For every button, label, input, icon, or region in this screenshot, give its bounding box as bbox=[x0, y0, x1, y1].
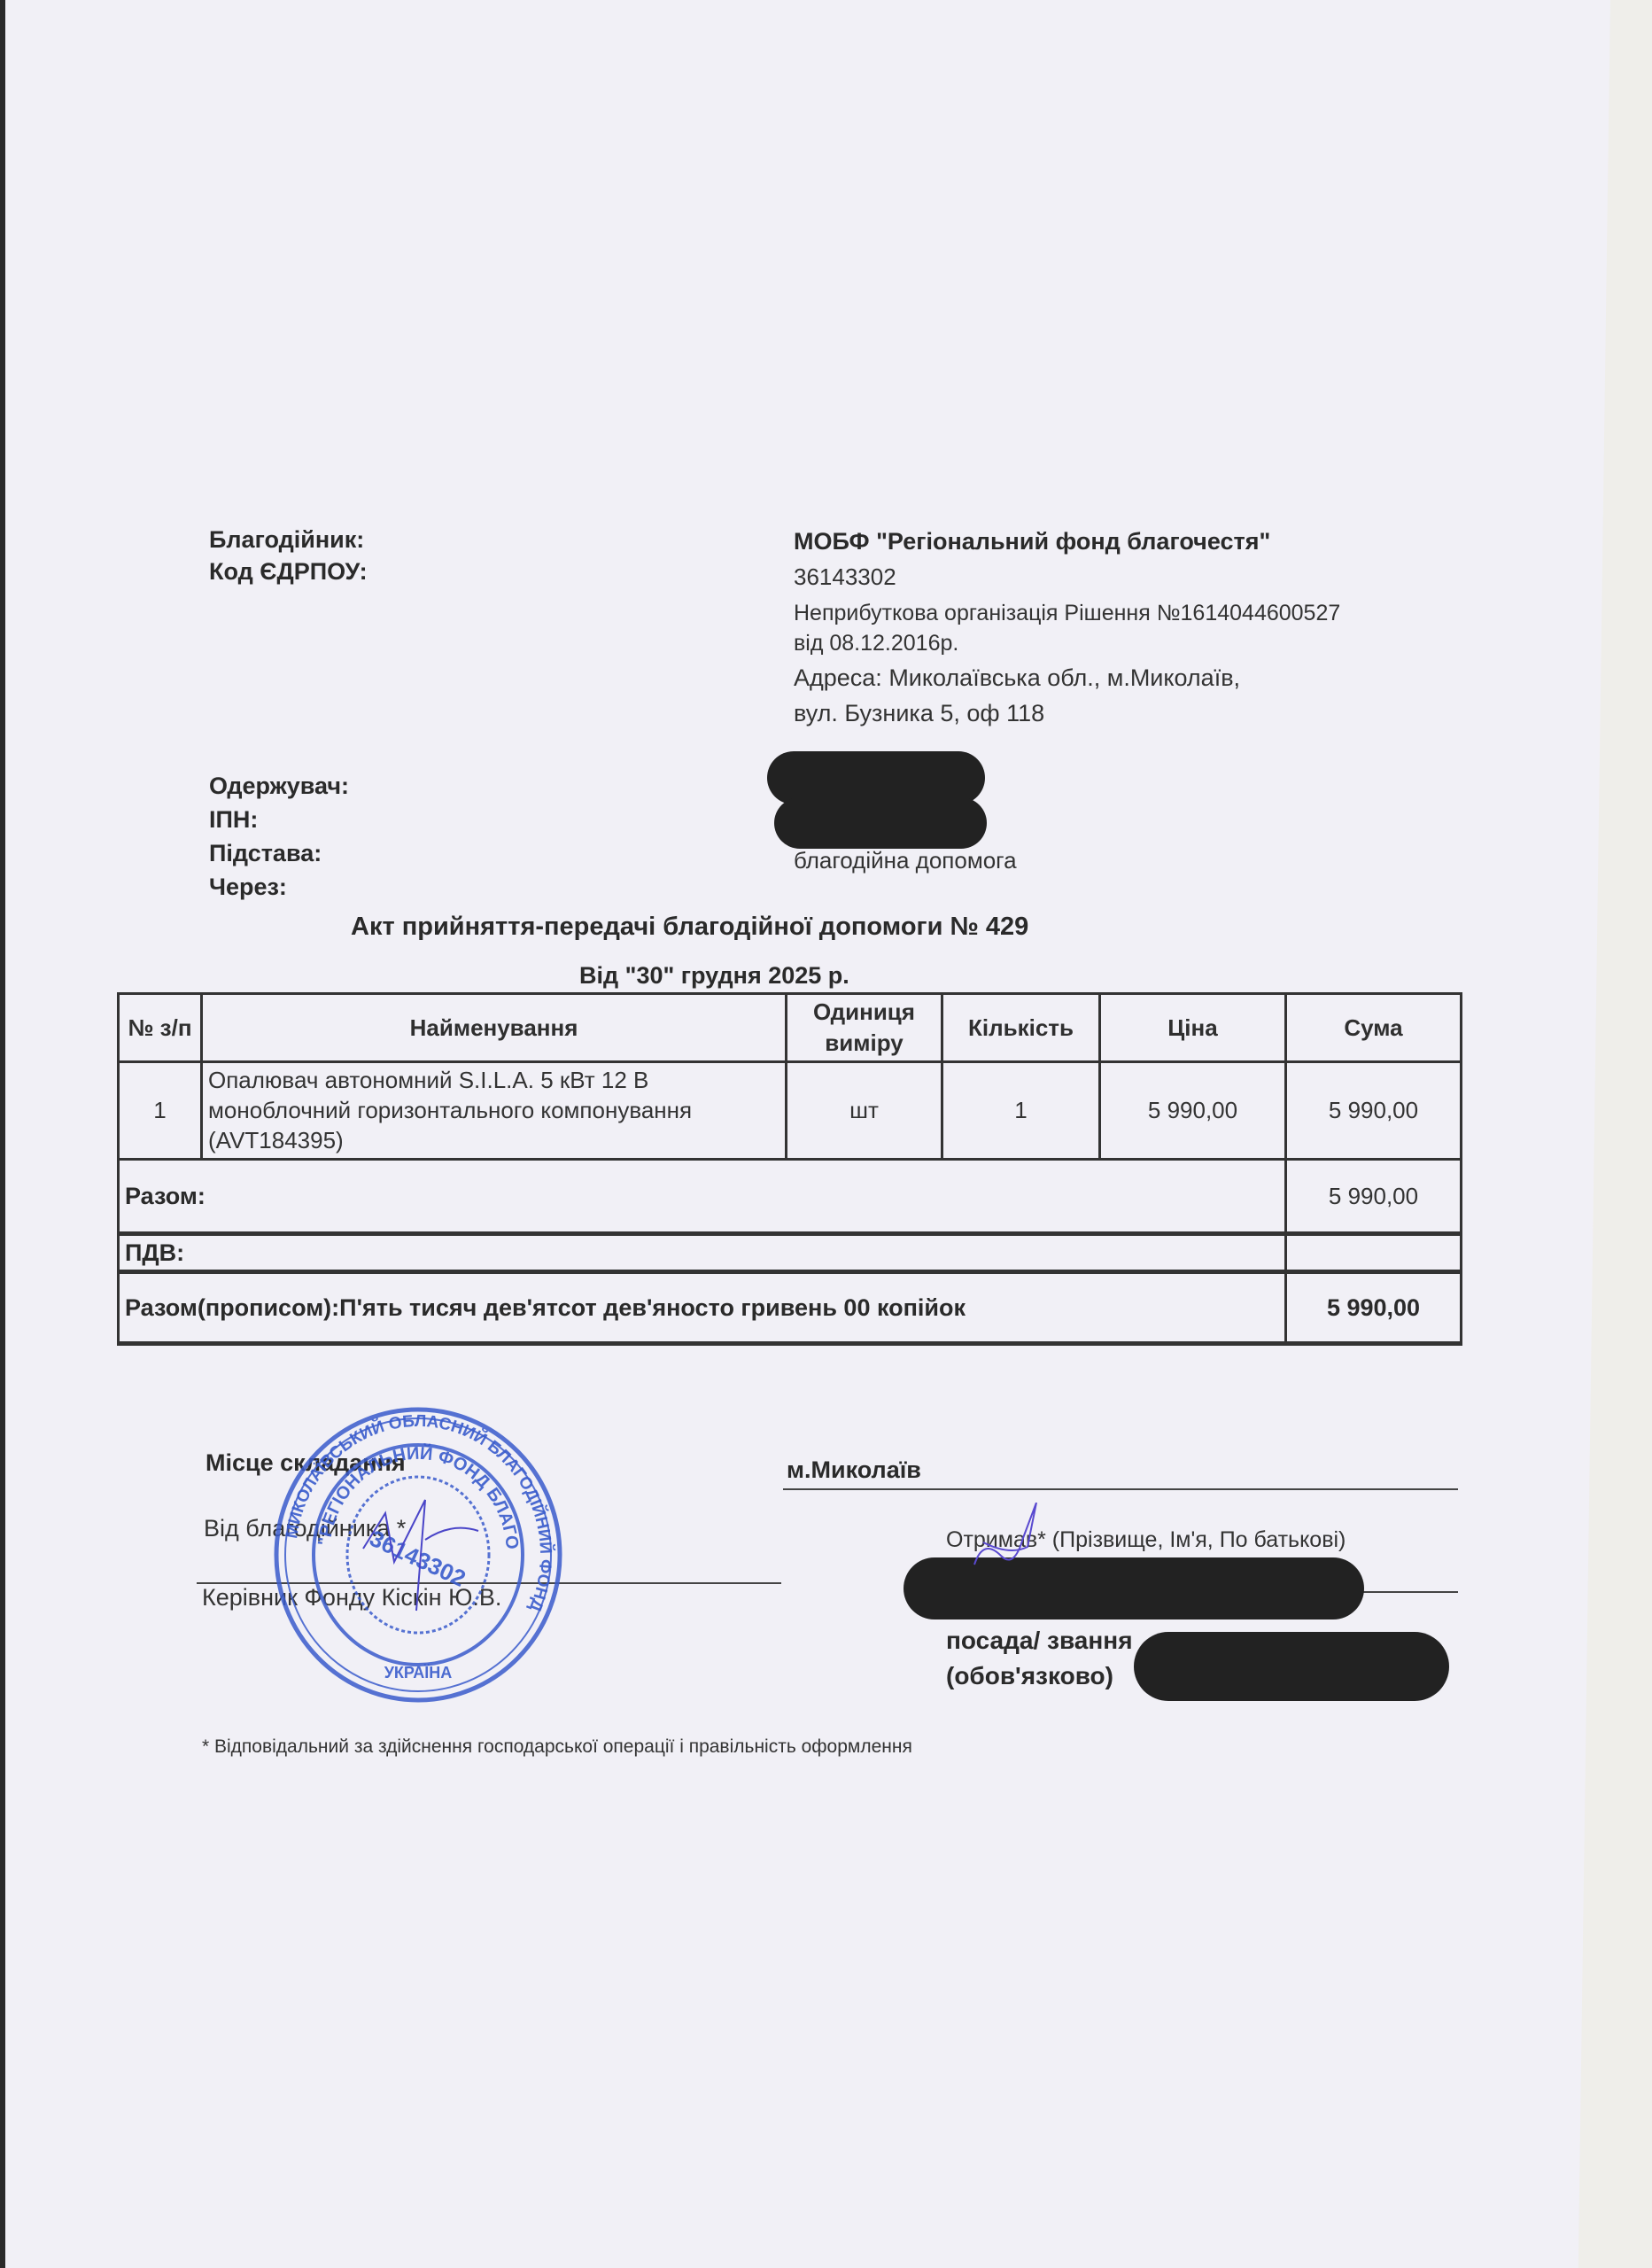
items-table: № з/п Найменування Одиниця виміру Кількі… bbox=[117, 992, 1462, 1346]
redacted-recipient-position bbox=[1134, 1632, 1449, 1701]
recipient-signature-icon bbox=[966, 1503, 1072, 1573]
col-header-name: Найменування bbox=[202, 994, 787, 1062]
donor-name: МОБФ "Регіональний фонд благочестя" bbox=[794, 528, 1270, 555]
total-label: Разом: bbox=[119, 1160, 1286, 1234]
col-header-unit: Одиниця виміру bbox=[787, 994, 942, 1062]
position-label: посада/ звання bbox=[946, 1627, 1133, 1655]
edrpou-label: Код ЄДРПОУ: bbox=[209, 558, 368, 586]
cell-sum: 5 990,00 bbox=[1286, 1062, 1462, 1160]
cell-qty: 1 bbox=[942, 1062, 1100, 1160]
vat-row: ПДВ: bbox=[119, 1234, 1462, 1272]
svg-text:36143302: 36143302 bbox=[366, 1525, 470, 1592]
col-header-price: Ціна bbox=[1100, 994, 1286, 1062]
cell-no: 1 bbox=[119, 1062, 202, 1160]
svg-text:УКРАЇНА: УКРАЇНА bbox=[384, 1664, 453, 1682]
organization-stamp-icon: МИКОЛАЇВСЬКИЙ ОБЛАСНИЙ БЛАГОДІЙНИЙ ФОНД … bbox=[270, 1407, 567, 1704]
donor-status-line2: від 08.12.2016р. bbox=[794, 631, 958, 656]
place-value: м.Миколаїв bbox=[787, 1456, 921, 1484]
total-in-words-value: 5 990,00 bbox=[1286, 1272, 1462, 1344]
donor-label: Благодійник: bbox=[209, 526, 364, 554]
vat-label: ПДВ: bbox=[119, 1234, 1286, 1272]
total-in-words-row: Разом(прописом):П'ять тисяч дев'ятсот де… bbox=[119, 1272, 1462, 1344]
footnote: * Відповідальний за здійснення господарс… bbox=[202, 1736, 912, 1758]
act-date: Від "30" грудня 2025 р. bbox=[579, 962, 849, 990]
scan-edge bbox=[0, 0, 5, 2268]
place-underline bbox=[783, 1488, 1458, 1490]
recipient-label: Одержувач: bbox=[209, 773, 349, 800]
cell-name: Опалювач автономний S.I.L.A. 5 кВт 12 В … bbox=[202, 1062, 787, 1160]
cell-price: 5 990,00 bbox=[1100, 1062, 1286, 1160]
total-row: Разом: 5 990,00 bbox=[119, 1160, 1462, 1234]
total-in-words: Разом(прописом):П'ять тисяч дев'ятсот де… bbox=[119, 1272, 1286, 1344]
donor-code: 36143302 bbox=[794, 563, 896, 591]
col-header-qty: Кількість bbox=[942, 994, 1100, 1062]
act-title: Акт прийняття-передачі благодійної допом… bbox=[351, 913, 1028, 942]
redacted-recipient-ipn bbox=[774, 797, 987, 849]
table-header-row: № з/п Найменування Одиниця виміру Кількі… bbox=[119, 994, 1462, 1062]
donor-status-line1: Неприбуткова організація Рішення №161404… bbox=[794, 601, 1340, 626]
redacted-recipient-name bbox=[767, 751, 985, 804]
table-row: 1 Опалювач автономний S.I.L.A. 5 кВт 12 … bbox=[119, 1062, 1462, 1160]
cell-unit: шт bbox=[787, 1062, 942, 1160]
col-header-sum: Сума bbox=[1286, 994, 1462, 1062]
vat-value bbox=[1286, 1234, 1462, 1272]
donor-address-line1: Адреса: Миколаївська обл., м.Миколаїв, bbox=[794, 664, 1240, 692]
col-header-no: № з/п bbox=[119, 994, 202, 1062]
via-label: Через: bbox=[209, 874, 287, 901]
basis-value: благодійна допомога bbox=[794, 847, 1017, 874]
donor-address-line2: вул. Бузника 5, оф 118 bbox=[794, 700, 1044, 727]
total-value: 5 990,00 bbox=[1286, 1160, 1462, 1234]
position-required: (обов'язково) bbox=[946, 1662, 1113, 1690]
ipn-label: ІПН: bbox=[209, 806, 258, 834]
basis-label: Підстава: bbox=[209, 840, 322, 867]
